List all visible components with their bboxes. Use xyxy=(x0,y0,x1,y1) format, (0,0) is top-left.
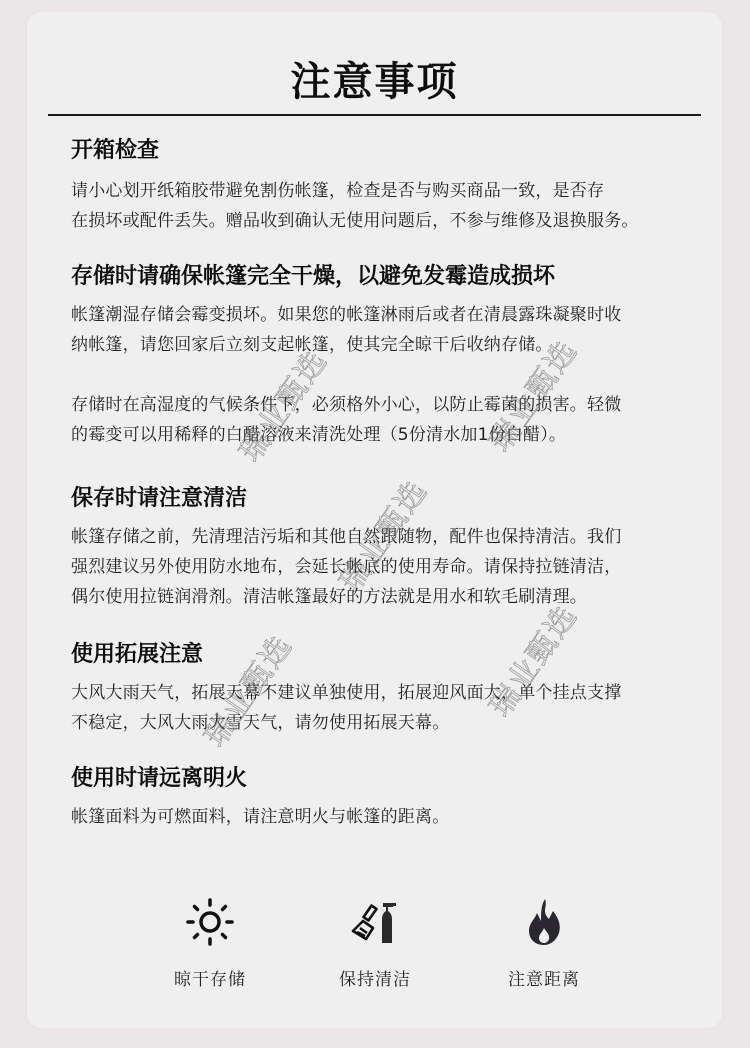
section-unboxing: 开箱检查 请小心划开纸箱胶带避免割伤帐篷，检查是否与购买商品一致，是否存 在损坏… xyxy=(71,136,701,236)
section-body: 帐篷面料为可燃面料，请注意明火与帐篷的距离。 xyxy=(71,802,701,832)
section-body: 大风大雨天气，拓展天幕不建议单独使用，拓展迎风面大，单个挂点支撑 不稳定，大风大… xyxy=(71,678,701,738)
flame-icon xyxy=(519,897,569,947)
section-fire-safety: 使用时请远离明火 帐篷面料为可燃面料，请注意明火与帐篷的距离。 xyxy=(71,764,701,832)
body-line: 的霉变可以用稀释的白醋溶液来清洗处理（5份清水加1份白醋）。 xyxy=(71,425,566,445)
section-heading: 存储时请确保帐篷完全干燥，以避免发霉造成损坏 xyxy=(71,262,701,292)
icon-label: 注意距离 xyxy=(484,965,604,990)
page-title: 注意事项 xyxy=(27,50,722,107)
body-line: 请小心划开纸箱胶带避免割伤帐篷，检查是否与购买商品一致，是否存 xyxy=(71,181,604,201)
body-line: 大风大雨天气，拓展天幕不建议单独使用，拓展迎风面大，单个挂点支撑 xyxy=(71,683,621,703)
icon-item-dry: 晾干存储 xyxy=(150,897,270,990)
section-heading: 使用时请远离明火 xyxy=(71,764,701,794)
icon-item-clean: 保持清洁 xyxy=(315,897,435,990)
body-line: 帐篷面料为可燃面料，请注意明火与帐篷的距离。 xyxy=(71,807,449,827)
section-cleaning: 保存时请注意清洁 帐篷存储之前，先清理洁污垢和其他自然跟随物，配件也保持清洁。我… xyxy=(71,484,701,612)
icon-label: 保持清洁 xyxy=(315,965,435,990)
section-heading: 保存时请注意清洁 xyxy=(71,484,701,514)
section-body: 存储时在高湿度的气候条件下，必须格外小心，以防止霉菌的损害。轻微 的霉变可以用稀… xyxy=(71,390,701,450)
section-body: 帐篷潮湿存储会霉变损坏。如果您的帐篷淋雨后或者在清晨露珠凝聚时收 纳帐篷，请您回… xyxy=(71,300,701,360)
notice-card: 注意事项 开箱检查 请小心划开纸箱胶带避免割伤帐篷，检查是否与购买商品一致，是否… xyxy=(27,12,722,1028)
sun-icon xyxy=(185,897,235,947)
body-line: 不稳定，大风大雨大雪天气，请勿使用拓展天幕。 xyxy=(71,713,449,733)
title-divider xyxy=(48,114,701,116)
body-line: 在损坏或配件丢失。赠品收到确认无使用问题后，不参与维修及退换服务。 xyxy=(71,211,639,231)
body-line: 帐篷存储之前，先清理洁污垢和其他自然跟随物，配件也保持清洁。我们 xyxy=(71,527,621,547)
icons-row: 晾干存储 保持清洁 注意距离 xyxy=(27,897,722,1007)
body-line: 纳帐篷，请您回家后立刻支起帐篷，使其完全晾干后收纳存储。 xyxy=(71,335,553,355)
body-line: 偶尔使用拉链润滑剂。清洁帐篷最好的方法就是用水和软毛刷清理。 xyxy=(71,587,587,607)
broom-spray-icon xyxy=(347,897,403,947)
icon-label: 晾干存储 xyxy=(150,965,270,990)
section-heading: 使用拓展注意 xyxy=(71,640,701,670)
body-line: 帐篷潮湿存储会霉变损坏。如果您的帐篷淋雨后或者在清晨露珠凝聚时收 xyxy=(71,305,621,325)
section-body: 帐篷存储之前，先清理洁污垢和其他自然跟随物，配件也保持清洁。我们 强烈建议另外使… xyxy=(71,522,701,612)
section-body: 请小心划开纸箱胶带避免割伤帐篷，检查是否与购买商品一致，是否存 在损坏或配件丢失… xyxy=(71,176,701,236)
section-dry-storage: 存储时请确保帐篷完全干燥，以避免发霉造成损坏 帐篷潮湿存储会霉变损坏。如果您的帐… xyxy=(71,262,701,450)
body-line: 存储时在高湿度的气候条件下，必须格外小心，以防止霉菌的损害。轻微 xyxy=(71,395,621,415)
icon-item-distance: 注意距离 xyxy=(484,897,604,990)
section-extension: 使用拓展注意 大风大雨天气，拓展天幕不建议单独使用，拓展迎风面大，单个挂点支撑 … xyxy=(71,640,701,738)
section-heading: 开箱检查 xyxy=(71,136,701,166)
body-line: 强烈建议另外使用防水地布，会延长帐底的使用寿命。请保持拉链清洁， xyxy=(71,557,621,577)
